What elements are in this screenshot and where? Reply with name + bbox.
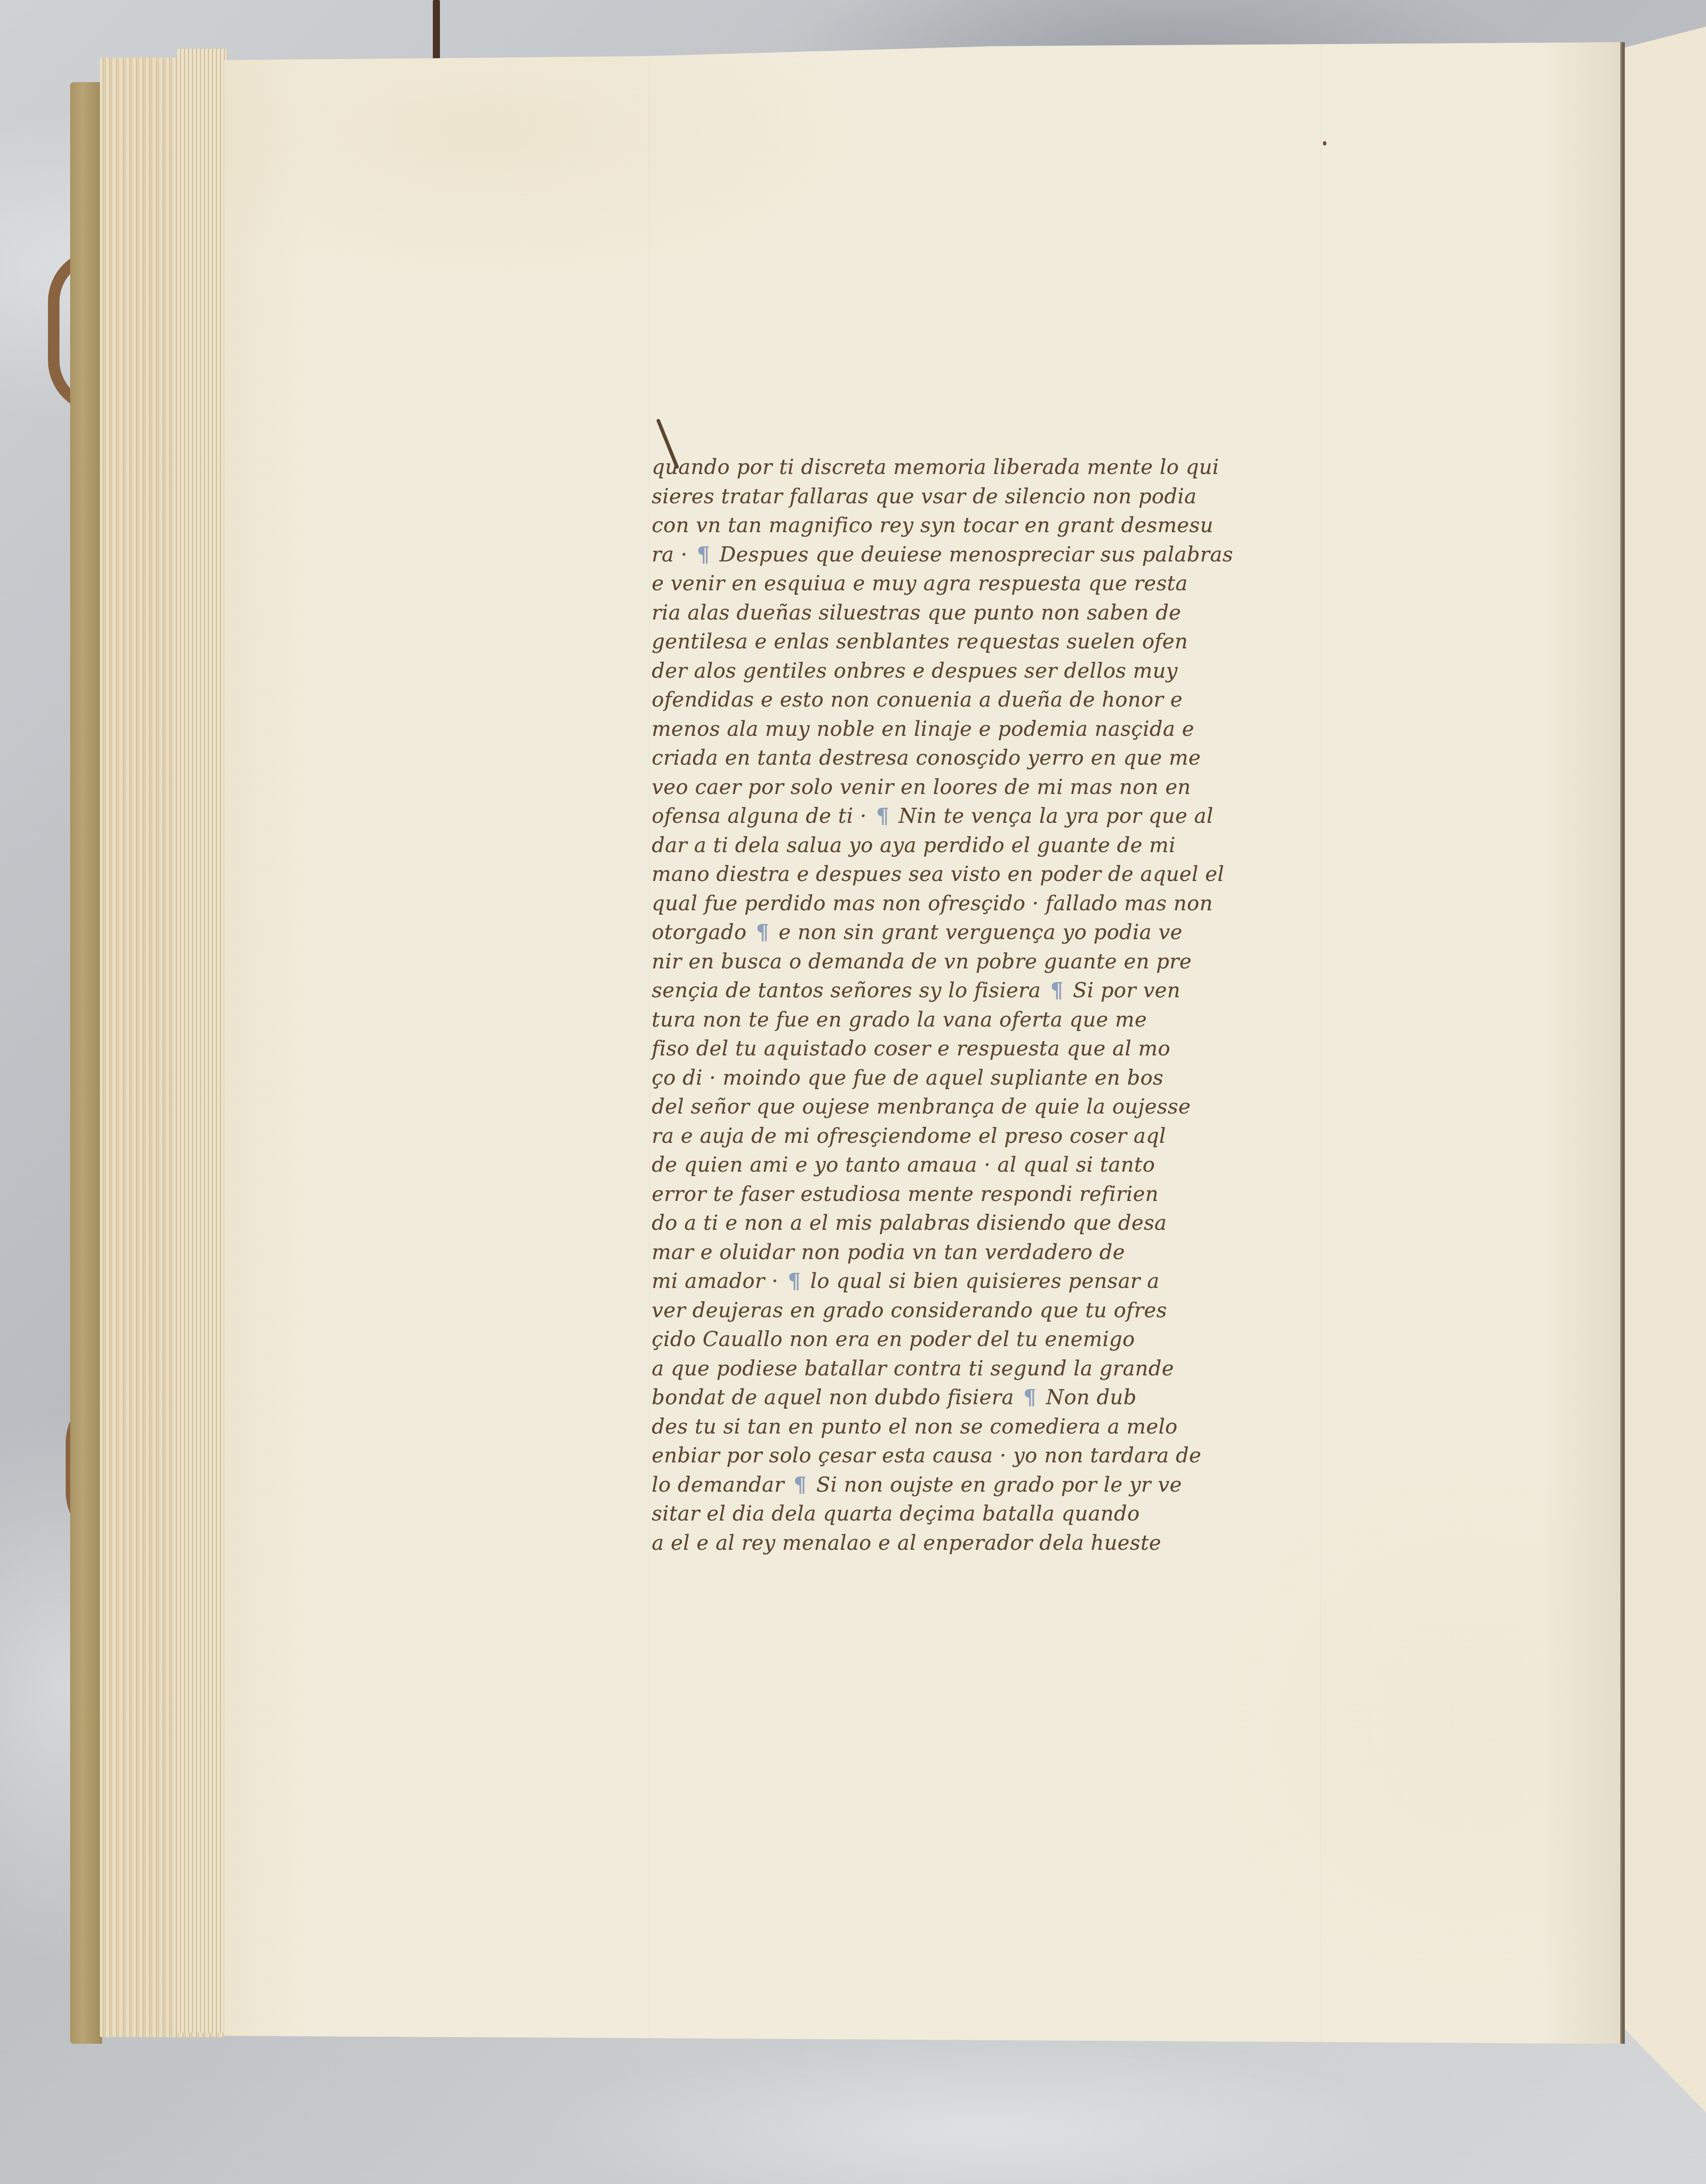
paragraph-mark-icon: ¶: [697, 542, 710, 566]
text-line: enbiar por solo çesar esta causa · yo no…: [652, 1441, 1309, 1470]
text-line: ria alas dueñas siluestras que punto non…: [652, 598, 1309, 628]
text-line: mar e oluidar non podia vn tan verdadero…: [652, 1238, 1309, 1267]
text-line: ra e auja de mi ofresçiendome el preso c…: [652, 1122, 1309, 1151]
paragraph-mark-icon: ¶: [1050, 978, 1064, 1002]
text-line: fiso del tu aquistado coser e respuesta …: [652, 1034, 1309, 1063]
text-column: quando por ti discreta memoria liberada …: [652, 453, 1309, 1557]
text-line: a el e al rey menalao e al enperador del…: [652, 1528, 1309, 1558]
text-line: quando por ti discreta memoria liberada …: [652, 453, 1309, 482]
text-line: des tu si tan en punto el non se comedie…: [652, 1412, 1309, 1442]
text-line: gentilesa e enlas senblantes requestas s…: [652, 627, 1309, 656]
paragraph-mark-icon: ¶: [756, 920, 769, 944]
book-gutter: [1620, 42, 1625, 2044]
text-line: sieres tratar fallaras que vsar de silen…: [652, 482, 1309, 511]
text-line: ofensa alguna de ti · ¶ Nin te vença la …: [652, 802, 1309, 831]
text-line: lo demandar ¶ Si non oujste en grado por…: [652, 1470, 1309, 1500]
text-line: menos ala muy noble en linaje e podemia …: [652, 715, 1309, 744]
text-line: ver deujeras en grado considerando que t…: [652, 1296, 1309, 1325]
text-line: de quien ami e yo tanto amaua · al qual …: [652, 1150, 1309, 1180]
text-line: e venir en esquiua e muy agra respuesta …: [652, 569, 1309, 598]
text-line: nir en busca o demanda de vn pobre guant…: [652, 947, 1309, 976]
text-line: sitar el dia dela quarta deçima batalla …: [652, 1499, 1309, 1528]
paragraph-mark-icon: ¶: [794, 1473, 807, 1497]
paragraph-mark-icon: ¶: [788, 1269, 801, 1293]
text-line: qual fue perdido mas non ofresçido · fal…: [652, 889, 1309, 918]
text-line: a que podiese batallar contra ti segund …: [652, 1354, 1309, 1383]
text-line: tura non te fue en grado la vana oferta …: [652, 1005, 1309, 1035]
text-line: del señor que oujese menbrança de quie l…: [652, 1092, 1309, 1122]
facing-page-edge: [1625, 27, 1706, 2113]
text-line: sençia de tantos señores sy lo fisiera ¶…: [652, 976, 1309, 1005]
text-line: error te faser estudiosa mente respondi …: [652, 1180, 1309, 1209]
text-line: çido Cauallo non era en poder del tu ene…: [652, 1325, 1309, 1354]
text-line: der alos gentiles onbres e despues ser d…: [652, 656, 1309, 686]
ruling-line-left: [649, 42, 649, 2044]
paragraph-mark-icon: ¶: [1023, 1385, 1037, 1409]
ink-dot: [1323, 141, 1326, 146]
text-line: dar a ti dela salua yo aya perdido el gu…: [652, 831, 1309, 860]
text-line: mi amador · ¶ lo qual si bien quisieres …: [652, 1267, 1309, 1296]
text-line: otorgado ¶ e non sin grant verguença yo …: [652, 918, 1309, 947]
text-line: ço di · moindo que fue de aquel supliant…: [652, 1063, 1309, 1093]
ruling-line-right: [1321, 42, 1321, 2044]
text-line: mano diestra e despues sea visto en pode…: [652, 860, 1309, 889]
text-line: bondat de aquel non dubdo fisiera ¶ Non …: [652, 1383, 1309, 1412]
text-line: veo caer por solo venir en loores de mi …: [652, 773, 1309, 802]
text-line: ofendidas e esto non conuenia a dueña de…: [652, 685, 1309, 715]
text-line: do a ti e non a el mis palabras disiendo…: [652, 1209, 1309, 1238]
text-line: ra · ¶ Despues que deuiese menospreciar …: [652, 540, 1309, 569]
paragraph-mark-icon: ¶: [876, 804, 889, 828]
text-line: con vn tan magnifico rey syn tocar en gr…: [652, 511, 1309, 540]
page-edges-inner: [178, 49, 226, 2033]
text-line: criada en tanta destresa conosçido yerro…: [652, 743, 1309, 773]
top-leather-strap: [433, 0, 440, 64]
vellum-cover-edge: [70, 82, 102, 2044]
